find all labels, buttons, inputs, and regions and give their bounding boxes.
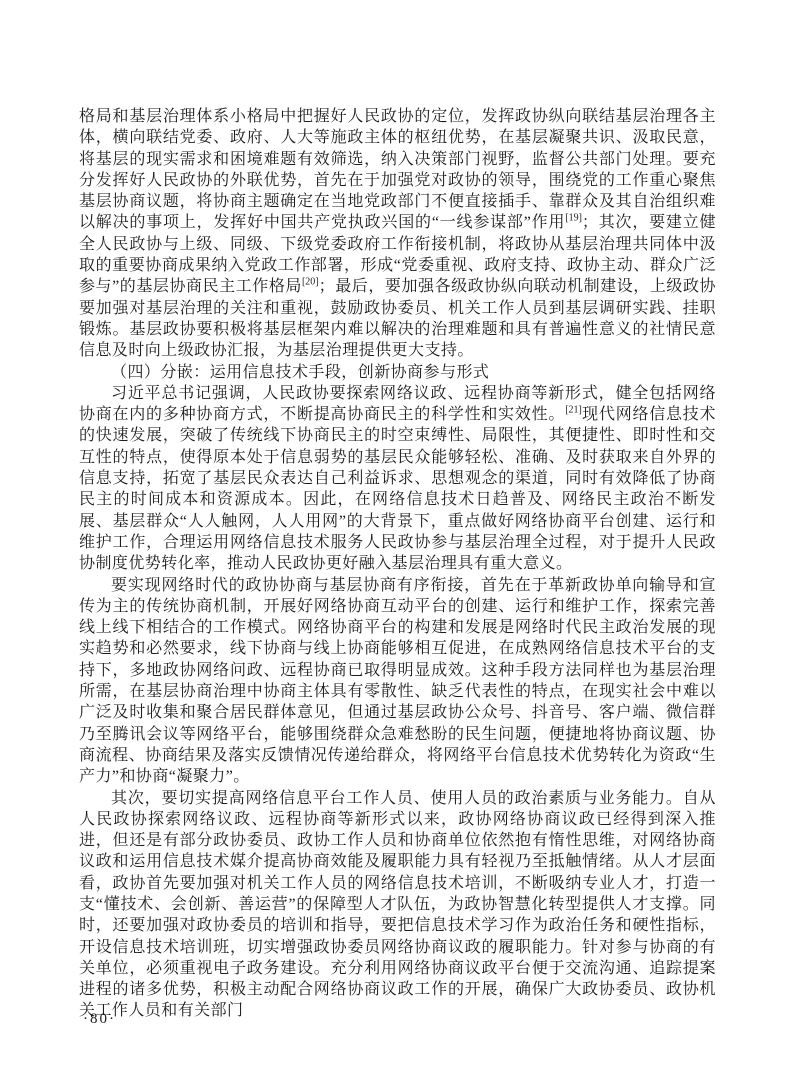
document-page: 格局和基层治理体系小格局中把握好人民政协的定位，发挥政协纵向联结基层治理各主体，…	[0, 0, 793, 1077]
citation-marker: [20]	[302, 277, 319, 288]
page-number: ·80·	[83, 1011, 116, 1028]
citation-marker: [21]	[565, 405, 582, 416]
paragraph: 要实现网络时代的政协协商与基层协商有序衔接，首先在于革新政协单向输导和宣传为主的…	[79, 575, 716, 788]
paragraph: 习近平总书记强调，人民政协要探索网络议政、远程协商等新形式，健全包括网络协商在内…	[79, 383, 716, 575]
section-heading: （四）分嵌：运用信息技术手段，创新协商参与形式	[79, 362, 716, 383]
paragraph: 其次，要切实提高网络信息平台工作人员、使用人员的政治素质与业务能力。自从人民政协…	[79, 788, 716, 1022]
citation-marker: [19]	[565, 213, 582, 224]
document-body: 格局和基层治理体系小格局中把握好人民政协的定位，发挥政协纵向联结基层治理各主体，…	[79, 106, 716, 1022]
paragraph: 格局和基层治理体系小格局中把握好人民政协的定位，发挥政协纵向联结基层治理各主体，…	[79, 106, 716, 362]
